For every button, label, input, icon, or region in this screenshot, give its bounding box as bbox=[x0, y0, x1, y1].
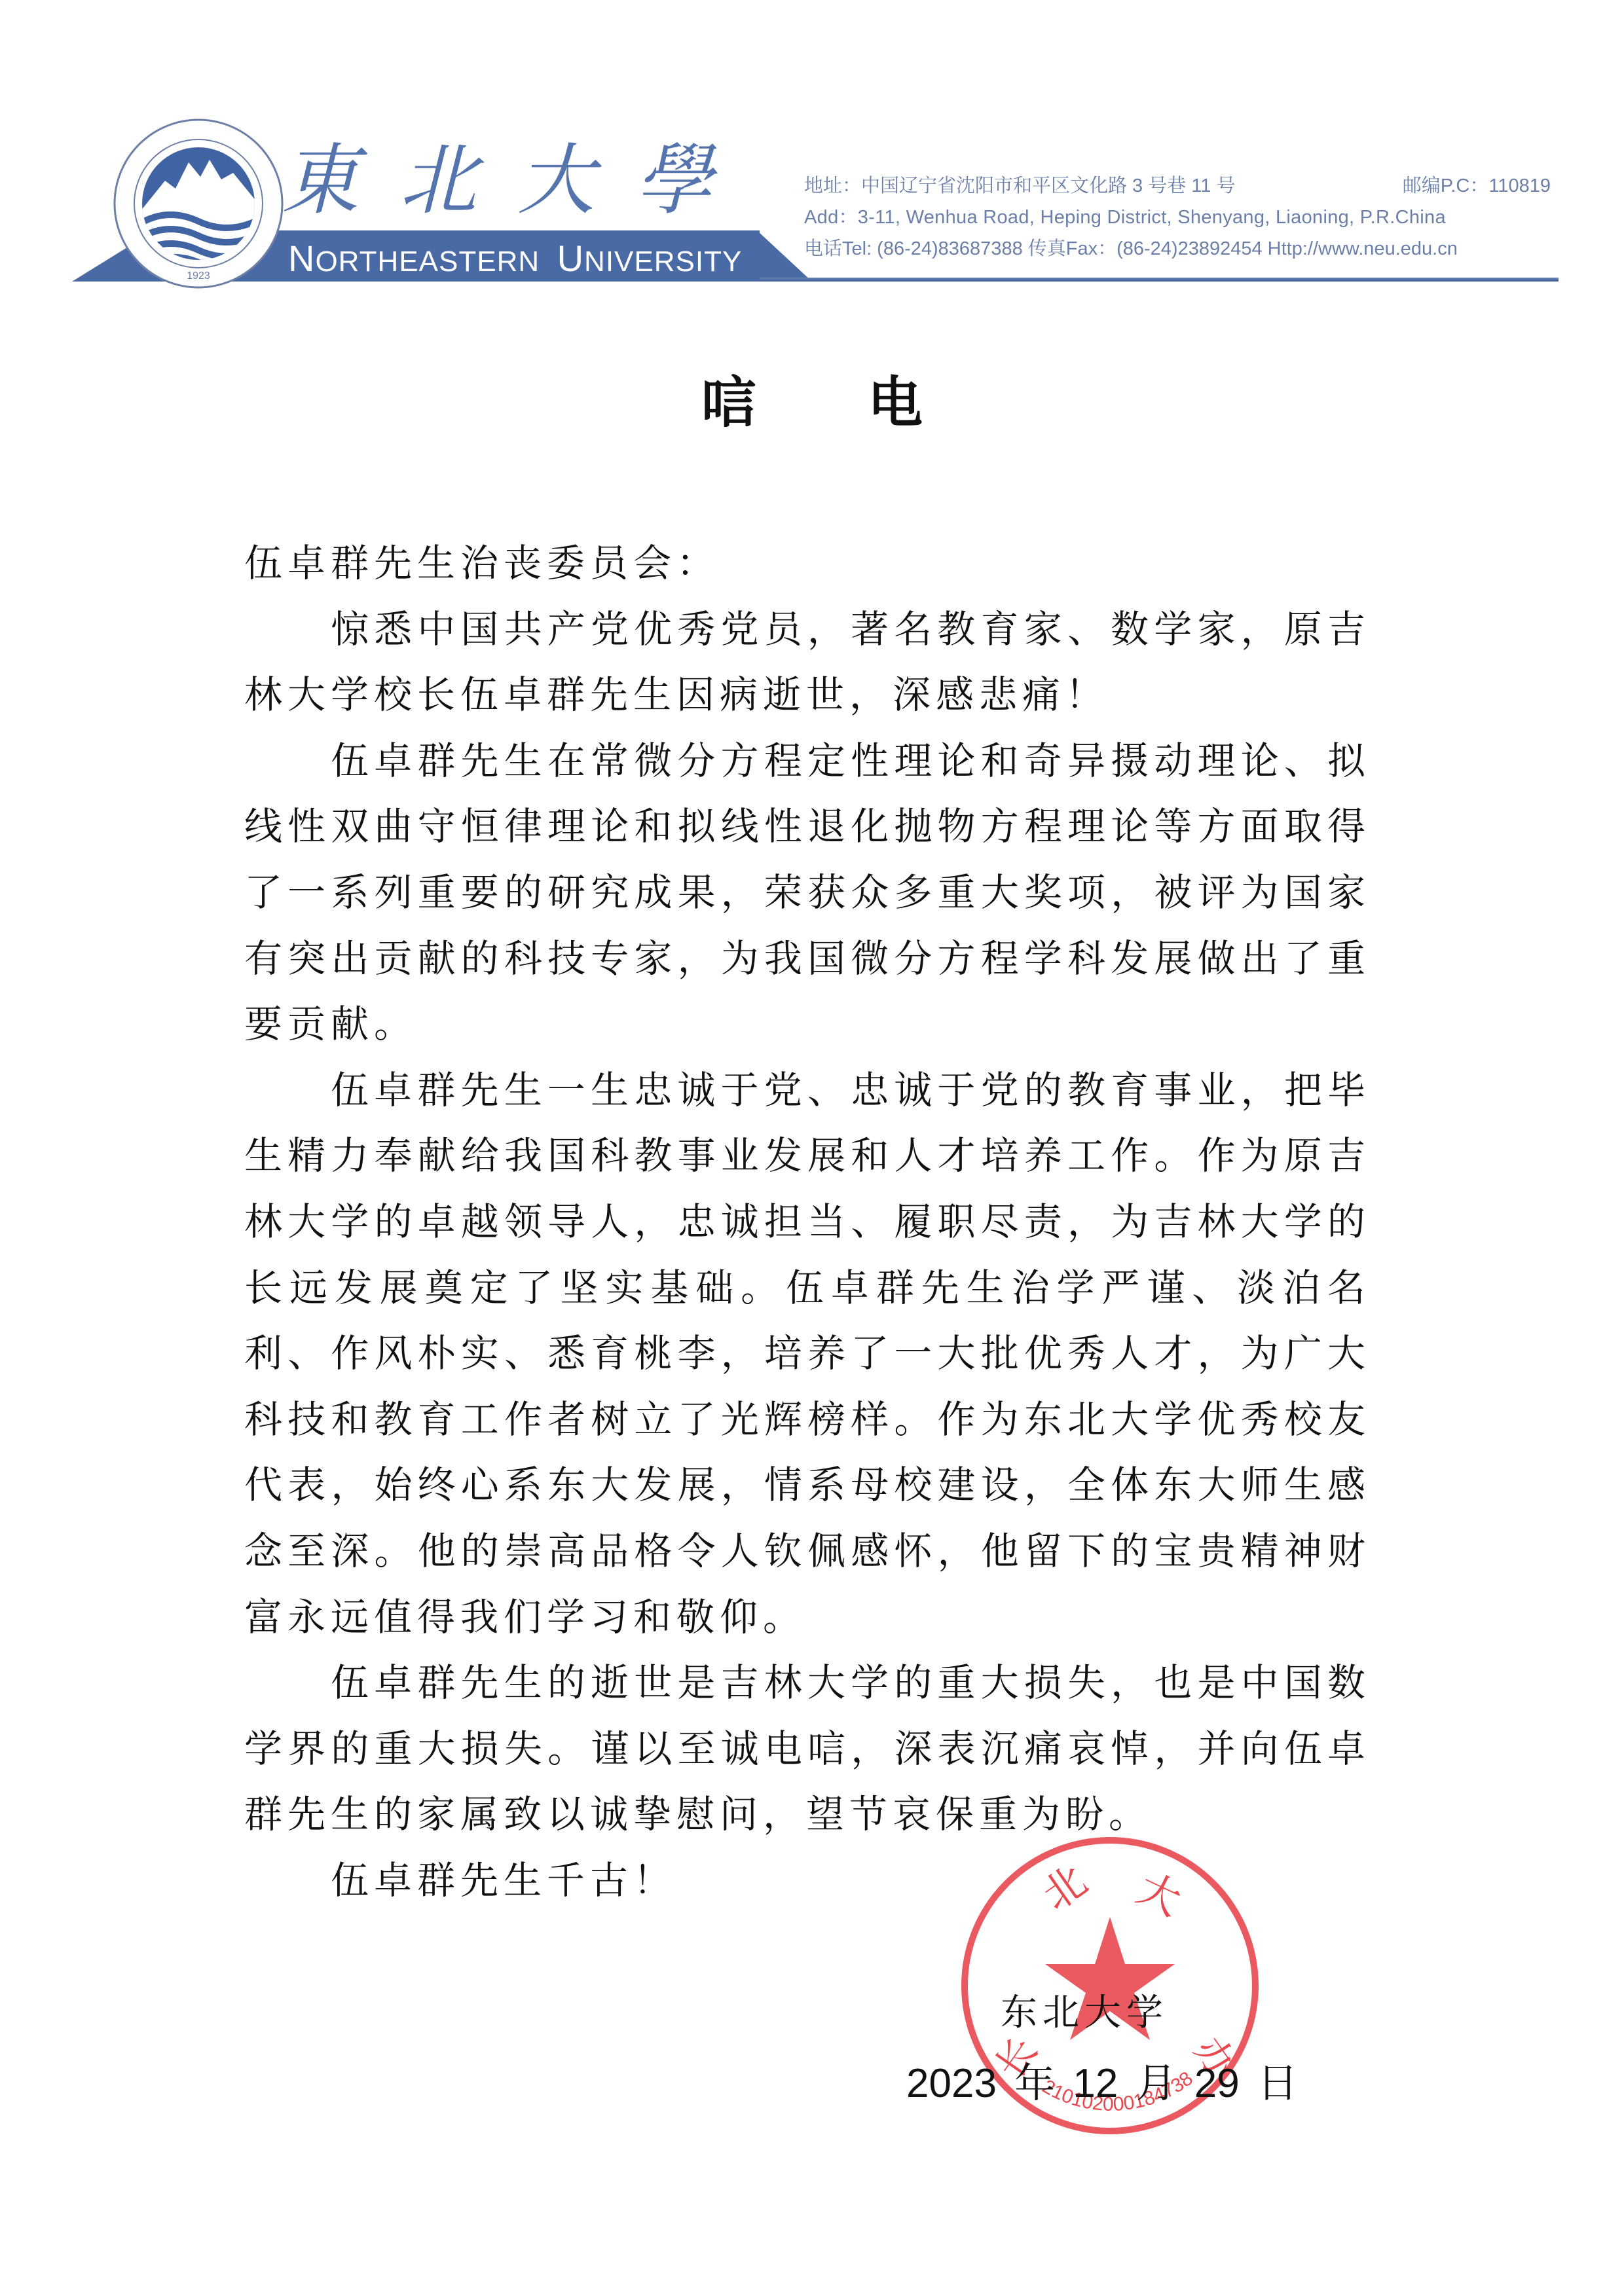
signing-organization: 东北大学 bbox=[1001, 1984, 1168, 2036]
postcode: 邮编P.C：110819 bbox=[1403, 173, 1551, 199]
paragraph-1: 惊悉中国共产党优秀党员，著名教育家、数学家，原吉林大学校长伍卓群先生因病逝世，深… bbox=[244, 596, 1371, 728]
university-english-name: NORTHEASTERN UNIVERSITY bbox=[288, 238, 742, 282]
salutation: 伍卓群先生治丧委员会： bbox=[244, 530, 1371, 596]
letter-body: 伍卓群先生治丧委员会： 惊悉中国共产党优秀党员，著名教育家、数学家，原吉林大学校… bbox=[244, 530, 1371, 1913]
address-chinese: 地址：中国辽宁省沈阳市和平区文化路 3 号巷 11 号 bbox=[804, 173, 1235, 199]
paragraph-3: 伍卓群先生一生忠诚于党、忠诚于党的教育事业，把毕生精力奉献给我国科教事业发展和人… bbox=[244, 1057, 1371, 1650]
address-english: Add：3-11, Wenhua Road, Heping District, … bbox=[804, 204, 1446, 230]
letterhead: 1923 東北大學 NORTHEASTERN UNIVERSITY 地址：中国辽… bbox=[0, 0, 1624, 301]
paragraph-4: 伍卓群先生的逝世是吉林大学的重大损失，也是中国数学界的重大损失。谨以至诚电唁，深… bbox=[244, 1650, 1371, 1848]
svg-text:北: 北 bbox=[1034, 1857, 1096, 1920]
university-chinese-name: 東北大學 bbox=[282, 131, 753, 229]
address-chinese-line: 地址：中国辽宁省沈阳市和平区文化路 3 号巷 11 号 邮编P.C：110819 bbox=[804, 173, 1551, 199]
svg-text:大: 大 bbox=[1130, 1864, 1188, 1925]
signing-date: 2023 年 12 月 29 日 bbox=[906, 2050, 1298, 2109]
letterhead-rule bbox=[760, 278, 1559, 282]
paragraph-2: 伍卓群先生在常微分方程定性理论和奇异摄动理论、拟线性双曲守恒律理论和拟线性退化抛… bbox=[244, 728, 1371, 1057]
document-title: 唁电 bbox=[0, 367, 1624, 439]
contact-line: 电话Tel: (86-24)83687388 传真Fax：(86-24)2389… bbox=[804, 236, 1458, 262]
university-seal-logo-icon: 1923 bbox=[111, 117, 286, 291]
svg-text:1923: 1923 bbox=[187, 270, 210, 282]
